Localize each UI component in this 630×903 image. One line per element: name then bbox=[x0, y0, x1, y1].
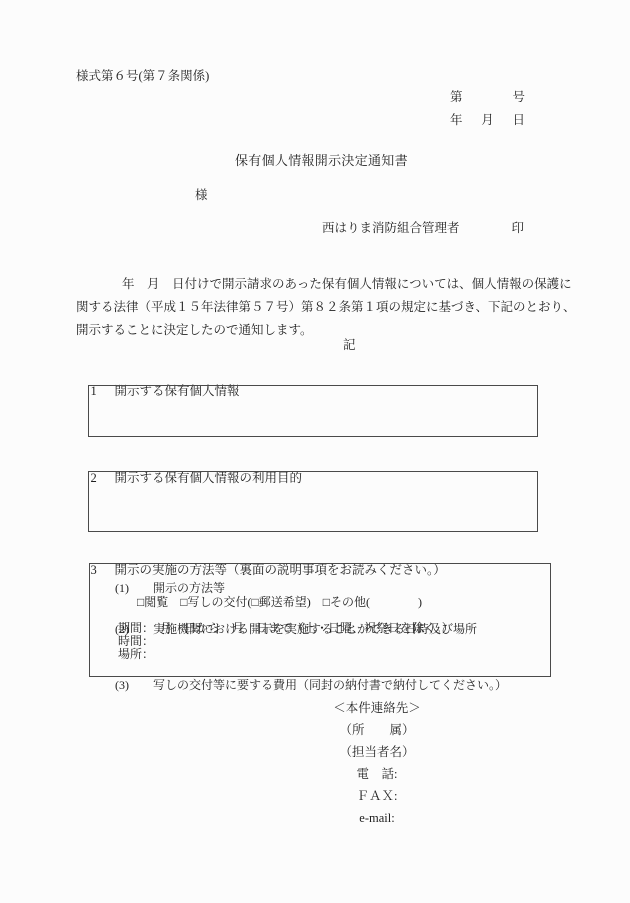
seal-placeholder: 印 bbox=[511, 221, 524, 235]
contact-department: （所 属） bbox=[300, 719, 454, 741]
contact-header: ＜本件連絡先＞ bbox=[300, 697, 454, 719]
place-line: 場所： bbox=[118, 647, 154, 661]
checkbox-mail-icon: □ bbox=[252, 595, 259, 609]
section-1-entry-box bbox=[88, 385, 538, 437]
option-other-label: その他( ) bbox=[330, 595, 422, 609]
option-mail-label: 郵送希望) bbox=[259, 595, 323, 609]
checkbox-other-icon: □ bbox=[323, 595, 330, 609]
contact-tel: 電 話: bbox=[300, 763, 454, 785]
section-2-entry-box bbox=[88, 471, 538, 532]
time-line: 時間： bbox=[118, 634, 154, 648]
doc-number-suffix: 号 bbox=[512, 90, 525, 104]
fee-item-number: (3) bbox=[115, 678, 153, 692]
issuer-name: 西はりま消防組合管理者 bbox=[322, 221, 460, 235]
document-title: 保有個人情報開示決定通知書 bbox=[235, 154, 408, 169]
body-line-2: 関する法律（平成１５年法律第５７号）第８２条第１項の規定に基づき、下記のとおり、 bbox=[76, 300, 576, 314]
option-copy-label: 写しの交付( bbox=[188, 595, 252, 609]
doc-number-row: 第 号 bbox=[450, 90, 525, 104]
contact-fax: ＦＡＸ: bbox=[300, 785, 454, 807]
checkbox-copy-icon: □ bbox=[180, 595, 187, 609]
contact-email: e-mail: bbox=[300, 807, 454, 829]
ki-marker: 記 bbox=[343, 338, 356, 352]
addressee-honorific: 様 bbox=[195, 188, 208, 202]
form-id: 様式第６号(第７条関係) bbox=[76, 69, 209, 83]
section-3-entry-box: (1)開示の方法等 □閲覧 □写しの交付(□郵送希望) □その他( ) (2)実… bbox=[89, 563, 551, 677]
option-view-label: 閲覧 bbox=[144, 595, 180, 609]
body-line-3: 開示することに決定したので通知します。 bbox=[76, 323, 313, 337]
issuer-row: 西はりま消防組合管理者 印 bbox=[322, 221, 524, 235]
period-line: 期間： 月 日から 月 日まで（土・日曜、祝祭日を除く。） bbox=[118, 621, 454, 635]
date-day-label: 日 bbox=[512, 113, 525, 127]
doc-number-prefix: 第 bbox=[450, 90, 463, 104]
document-page: 様式第６号(第７条関係) 第 号 年 月 日 保有個人情報開示決定通知書 様 西… bbox=[0, 0, 630, 903]
body-line-1: 年 月 日付けで開示請求のあった保有個人情報については、個人情報の保護に bbox=[122, 277, 572, 291]
contact-block: ＜本件連絡先＞ （所 属） （担当者名） 電 話: ＦＡＸ: e-mail: bbox=[300, 697, 454, 829]
fee-item-label: 写しの交付等に要する費用（同封の納付書で納付してください。） bbox=[153, 678, 507, 692]
date-year-label: 年 bbox=[450, 113, 463, 127]
date-row: 年 月 日 bbox=[450, 113, 525, 127]
date-month-label: 月 bbox=[481, 113, 494, 127]
contact-person: （担当者名） bbox=[300, 741, 454, 763]
